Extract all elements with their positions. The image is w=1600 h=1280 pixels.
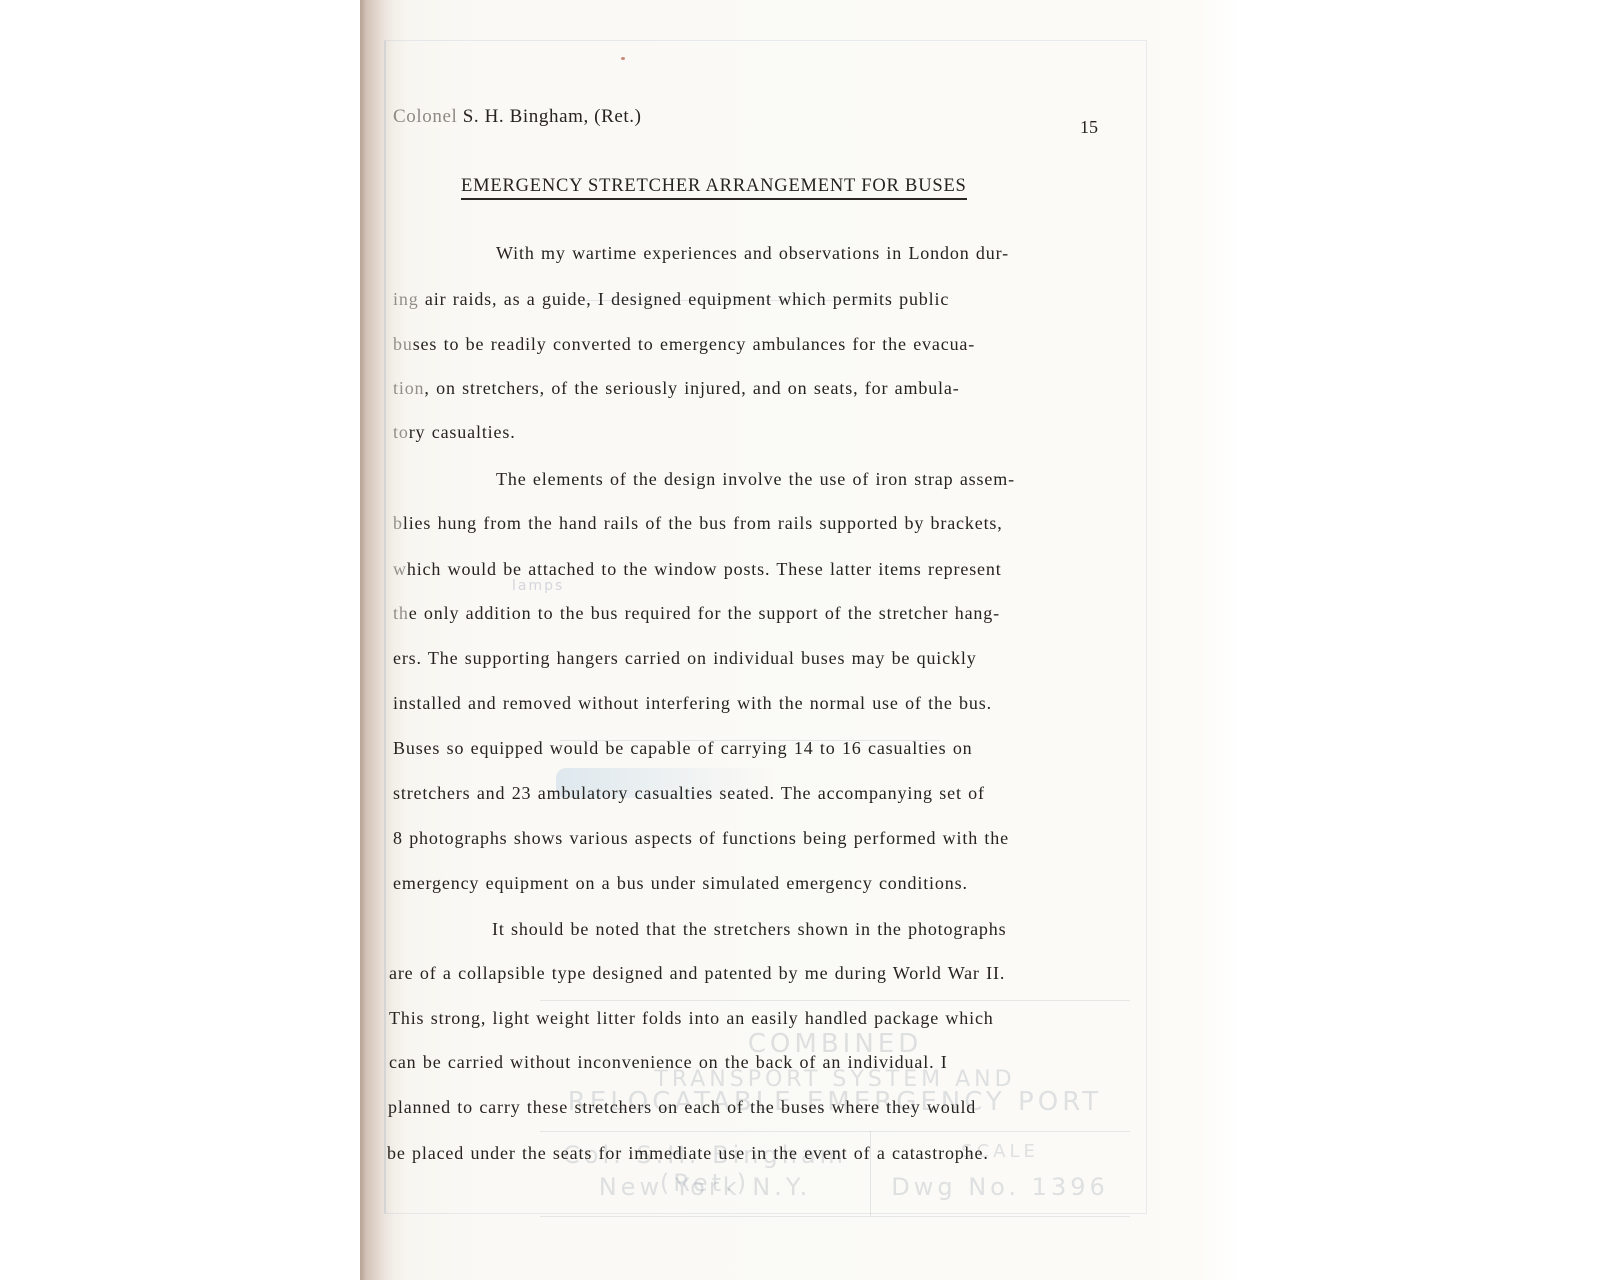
line-text: ses to be readily converted to emergency…: [413, 334, 975, 354]
line-text: lies hung from the hand rails of the bus…: [403, 513, 1003, 533]
document-page: lamps COMBINED TRANSPORT SYSTEM AND RELO…: [360, 0, 1240, 1280]
body-line: stretchers and 23 ambulatory casualties …: [393, 783, 985, 804]
body-line: This strong, light weight litter folds i…: [389, 1008, 994, 1029]
faded-text: b: [393, 513, 403, 533]
title-block-location: New York N.Y.: [540, 1173, 870, 1201]
title-block-drawing-number: Dwg No. 1396: [870, 1173, 1130, 1201]
line-text: hich would be attached to the window pos…: [407, 559, 1002, 579]
header-author-faded: Colonel: [393, 106, 457, 127]
body-line: emergency equipment on a bus under simul…: [393, 873, 968, 894]
body-line: ing air raids, as a guide, I designed eq…: [393, 289, 949, 310]
ink-spot: [621, 57, 625, 60]
body-line: It should be noted that the stretchers s…: [492, 919, 1006, 940]
line-text: planned to carry these stretchers on eac…: [388, 1097, 976, 1117]
faded-text: th: [393, 603, 409, 623]
line-text: ers. The supporting hangers carried on i…: [393, 648, 977, 668]
body-line: tion, on stretchers, of the seriously in…: [393, 378, 960, 399]
body-line: the only addition to the bus required fo…: [393, 603, 1000, 624]
body-line: which would be attached to the window po…: [393, 559, 1002, 580]
line-text: , on stretchers, of the seriously injure…: [424, 378, 959, 398]
line-text: air raids, as a guide, I designed equipm…: [419, 289, 950, 309]
line-text: ry casualties.: [409, 422, 516, 442]
line-text: Buses so equipped would be capable of ca…: [393, 738, 973, 758]
body-line: are of a collapsible type designed and p…: [389, 963, 1005, 984]
faded-text: ing: [393, 289, 419, 309]
line-text: The elements of the design involve the u…: [496, 469, 1015, 489]
body-line: 8 photographs shows various aspects of f…: [393, 828, 1009, 849]
faded-text: to: [393, 422, 409, 442]
line-text: are of a collapsible type designed and p…: [389, 963, 1005, 983]
line-text: be placed under the seats for immediate …: [387, 1143, 989, 1163]
body-line: tory casualties.: [393, 422, 516, 443]
show-through-stamp: lamps: [512, 578, 564, 594]
body-line: installed and removed without interferin…: [393, 693, 992, 714]
line-text: With my wartime experiences and observat…: [496, 243, 1009, 263]
line-text: can be carried without inconvenience on …: [389, 1052, 948, 1072]
line-text: emergency equipment on a bus under simul…: [393, 873, 968, 893]
line-text: e only addition to the bus required for …: [409, 603, 1000, 623]
line-text: It should be noted that the stretchers s…: [492, 919, 1006, 939]
line-text: stretchers and 23 ambulatory casualties …: [393, 783, 985, 803]
binding-shadow: [360, 0, 366, 1280]
header-author-name: S. H. Bingham, (Ret.): [457, 106, 641, 127]
body-line: blies hung from the hand rails of the bu…: [393, 513, 1003, 534]
body-line: ers. The supporting hangers carried on i…: [393, 648, 977, 669]
faded-text: tion: [393, 378, 424, 398]
line-text: This strong, light weight litter folds i…: [389, 1008, 994, 1028]
faded-text: bu: [393, 334, 413, 354]
body-line: The elements of the design involve the u…: [496, 469, 1015, 490]
body-line: With my wartime experiences and observat…: [496, 243, 1009, 264]
header-author: Colonel S. H. Bingham, (Ret.): [393, 106, 642, 128]
body-line: can be carried without inconvenience on …: [389, 1052, 948, 1073]
line-text: 8 photographs shows various aspects of f…: [393, 828, 1009, 848]
faded-text: w: [393, 559, 407, 579]
body-line: buses to be readily converted to emergen…: [393, 334, 975, 355]
body-line: be placed under the seats for immediate …: [387, 1143, 989, 1164]
page-number: 15: [1080, 117, 1098, 138]
document-title: EMERGENCY STRETCHER ARRANGEMENT FOR BUSE…: [461, 176, 967, 200]
title-block-divider: [540, 1131, 1130, 1132]
line-text: installed and removed without interferin…: [393, 693, 992, 713]
body-line: planned to carry these stretchers on eac…: [388, 1097, 976, 1118]
body-line: Buses so equipped would be capable of ca…: [393, 738, 973, 759]
